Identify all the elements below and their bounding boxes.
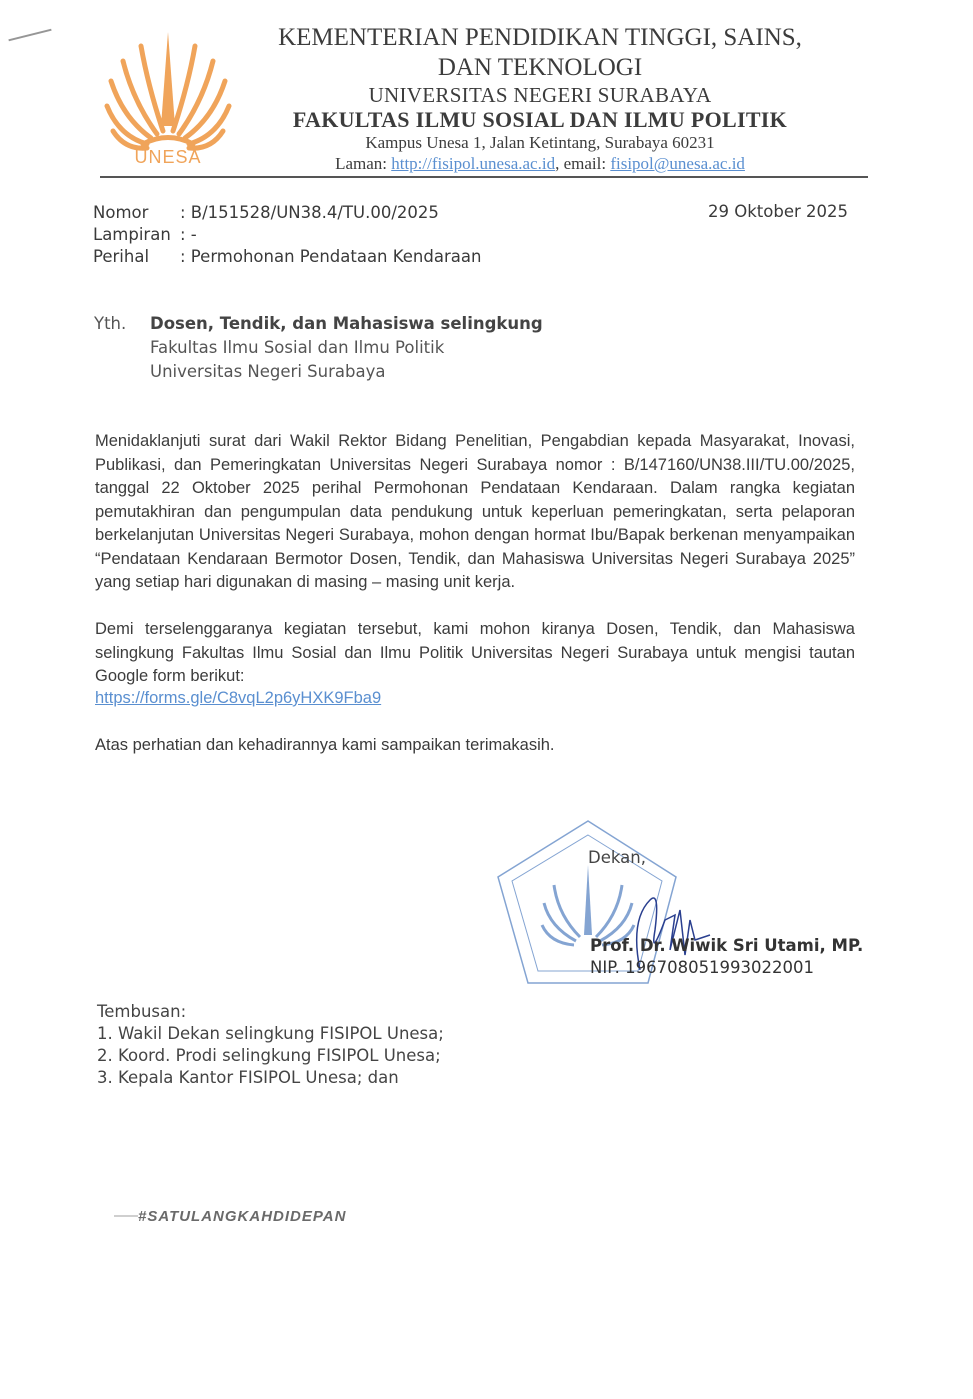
body-paragraph-2: Demi terselenggaranya kegiatan tersebut,… <box>95 618 855 689</box>
recipient-prefix: Yth. <box>94 314 126 333</box>
signatory-nip: NIP. 196708051993022001 <box>590 958 814 977</box>
faculty-address: Kampus Unesa 1, Jalan Ketintang, Surabay… <box>240 133 840 153</box>
cc-item: 1. Wakil Dekan selingkung FISIPOL Unesa; <box>97 1024 444 1043</box>
nomor-label: Nomor <box>93 203 148 222</box>
recipient-name: Dosen, Tendik, dan Mahasiswa selingkung <box>150 314 543 333</box>
email-link[interactable]: fisipol@unesa.ac.id <box>610 154 745 173</box>
nomor-value: : B/151528/UN38.4/TU.00/2025 <box>180 203 439 222</box>
google-form-link[interactable]: https://forms.gle/C8vqL2p6yHXK9Fba9 <box>95 689 381 708</box>
body-paragraph-1: Menidaklanjuti surat dari Wakil Rektor B… <box>95 430 855 595</box>
signatory-title: Dekan, <box>588 848 646 867</box>
footer-dash <box>114 1215 138 1217</box>
scan-artifact <box>8 29 51 42</box>
logo-wordmark: UNESA <box>103 147 233 168</box>
perihal-value: : Permohonan Pendataan Kendaraan <box>180 247 481 266</box>
university-name: UNIVERSITAS NEGERI SURABAYA <box>240 83 840 108</box>
letterhead-divider <box>100 176 868 178</box>
lampiran-value: : - <box>180 225 197 244</box>
faculty-name: FAKULTAS ILMU SOSIAL DAN ILMU POLITIK <box>240 107 840 133</box>
email-label: , email: <box>555 154 610 173</box>
website-link[interactable]: http://fisipol.unesa.ac.id <box>391 154 555 173</box>
cc-item: 3. Kepala Kantor FISIPOL Unesa; dan <box>97 1068 399 1087</box>
ministry-name: KEMENTERIAN PENDIDIKAN TINGGI, SAINS, <box>240 24 840 52</box>
signatory-name: Prof. Dr. Wiwik Sri Utami, MP. <box>590 936 863 955</box>
ministry-name-cont: DAN TEKNOLOGI <box>240 54 840 82</box>
cc-title: Tembusan: <box>97 1002 186 1021</box>
letter-date: 29 Oktober 2025 <box>700 202 848 221</box>
recipient-faculty: Fakultas Ilmu Sosial dan Ilmu Politik <box>150 338 444 357</box>
footer-hashtag: #SATULANGKAHDIDEPAN <box>138 1208 346 1225</box>
contact-line: Laman: http://fisipol.unesa.ac.id, email… <box>240 154 840 174</box>
closing-statement: Atas perhatian dan kehadirannya kami sam… <box>95 736 555 755</box>
perihal-label: Perihal <box>93 247 149 266</box>
recipient-university: Universitas Negeri Surabaya <box>150 362 385 381</box>
lampiran-label: Lampiran <box>93 225 171 244</box>
web-label: Laman: <box>335 154 391 173</box>
cc-item: 2. Koord. Prodi selingkung FISIPOL Unesa… <box>97 1046 441 1065</box>
